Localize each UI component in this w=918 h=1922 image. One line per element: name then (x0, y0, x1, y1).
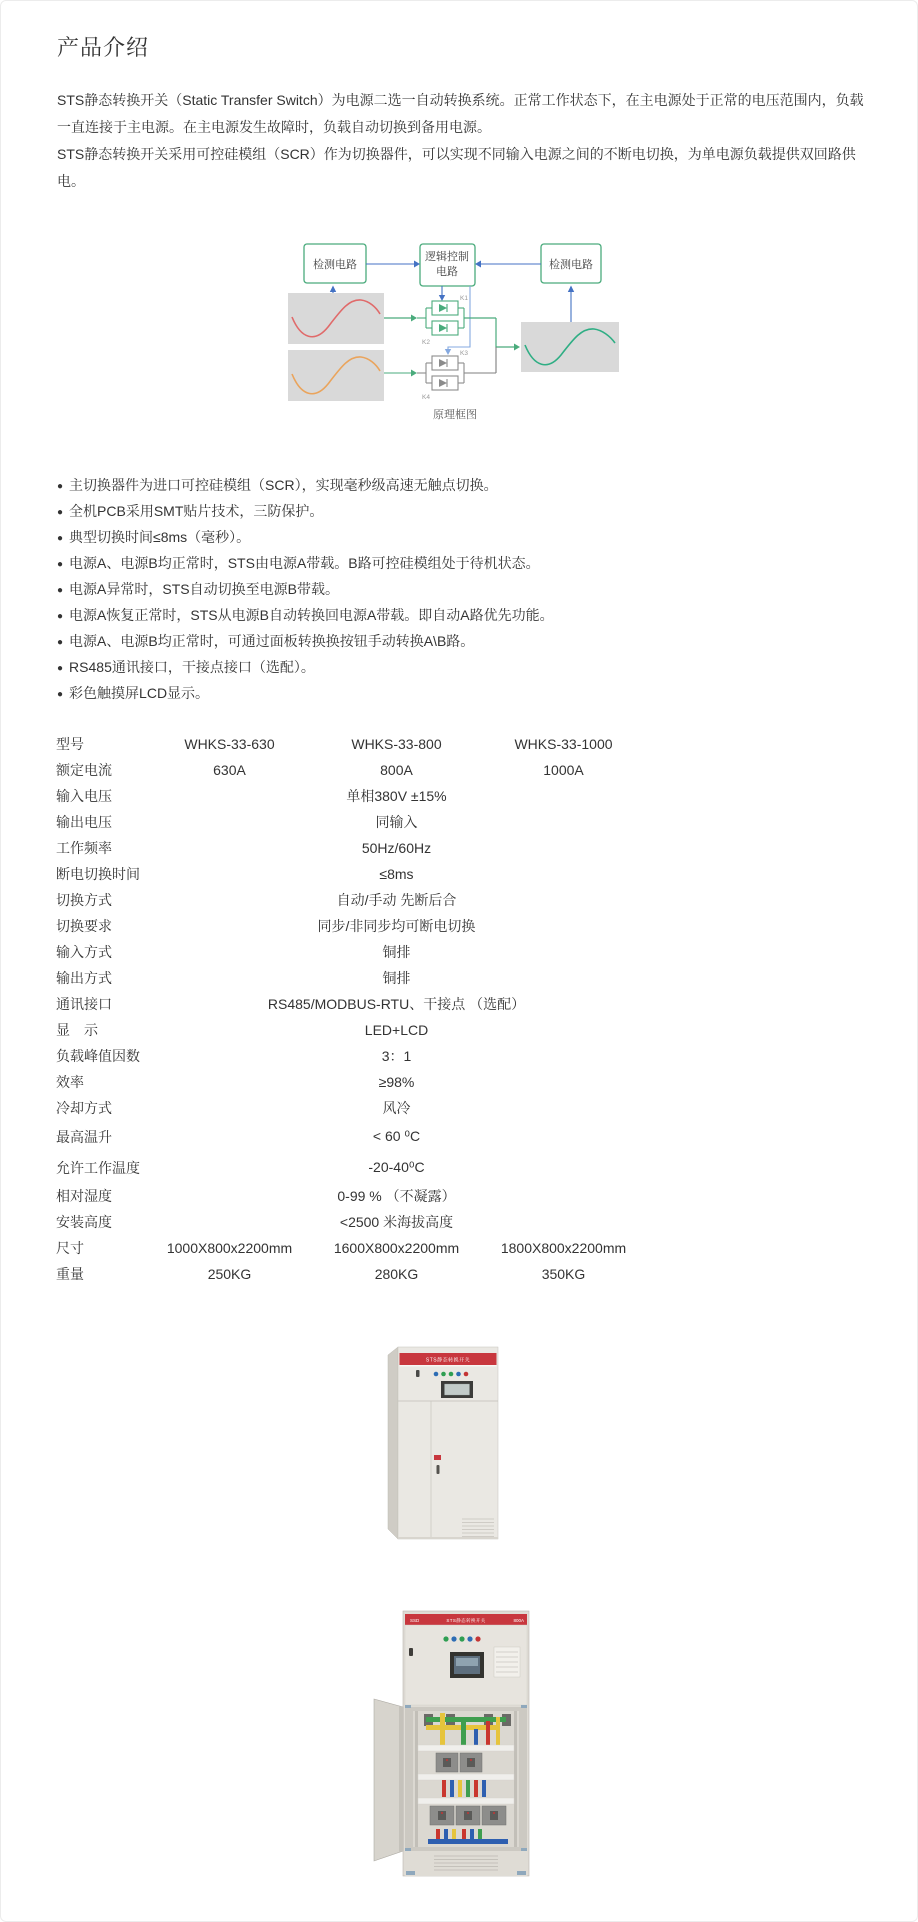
mounting-rail-left (415, 1711, 418, 1847)
spec-row: 工作频率50Hz/60Hz (56, 835, 647, 861)
banner-rating: 800A (513, 1618, 524, 1623)
logic-box-label-line2: 电路 (436, 264, 458, 278)
spec-value: WHKS-33-1000 (480, 731, 647, 757)
spec-label: 效率 (56, 1069, 146, 1095)
spec-row: 额定电流630A800A1000A (56, 757, 647, 783)
spec-row: 效率≥98% (56, 1069, 647, 1095)
spec-label: 通讯接口 (56, 991, 146, 1017)
intro-text: STS静态转换开关（Static Transfer Switch）为电源二选一自… (57, 87, 871, 195)
spec-label: 断电切换时间 (56, 861, 146, 887)
open-door (374, 1699, 403, 1861)
indicator-light (441, 1372, 446, 1377)
indicator-light (449, 1372, 454, 1377)
spec-row: 负载峰值因数3：1 (56, 1043, 647, 1069)
feature-item: RS485通讯接口，干接点接口（选配）。 (57, 655, 554, 681)
spec-value: 630A (146, 757, 313, 783)
scr-group-b (417, 356, 464, 390)
spec-value: RS485/MODBUS-RTU、干接点 （选配） (146, 991, 647, 1017)
diagram-caption: 原理框图 (433, 407, 477, 421)
spec-row: 最高温升< 60 ⁰C (56, 1121, 647, 1152)
white-busbar (418, 1798, 514, 1804)
white-busbar (418, 1745, 514, 1751)
detection-box-left: 检测电路 (304, 244, 366, 283)
spec-label: 允许工作温度 (56, 1152, 146, 1183)
door-lock (409, 1648, 413, 1656)
display-screen (445, 1384, 470, 1395)
spec-value: 250KG (146, 1261, 313, 1287)
warning-label (434, 1455, 441, 1460)
output-waveform (521, 322, 619, 372)
spec-label: 尺寸 (56, 1235, 146, 1261)
spec-value: 350KG (480, 1261, 647, 1287)
spec-value: WHKS-33-800 (313, 731, 480, 757)
spec-row: 输出方式铜排 (56, 965, 647, 991)
spec-label: 切换方式 (56, 887, 146, 913)
feature-item: 主切换器件为进口可控硅模组（SCR），实现毫秒级高速无触点切换。 (57, 473, 554, 499)
feature-list: 主切换器件为进口可控硅模组（SCR），实现毫秒级高速无触点切换。 全机PCB采用… (57, 473, 554, 707)
scr-label-k2: K2 (422, 339, 430, 346)
spec-label: 重量 (56, 1261, 146, 1287)
door-lock (416, 1370, 420, 1377)
scr-group-a (417, 301, 464, 335)
thyristor-icon (439, 359, 447, 387)
feature-item: 彩色触摸屏LCD显示。 (57, 681, 554, 707)
cabinet-banner-label: STS静态转换开关 (426, 1357, 470, 1364)
spec-label: 输入电压 (56, 783, 146, 809)
spec-value: 1000X800x2200mm (146, 1235, 313, 1261)
feature-item: 全机PCB采用SMT贴片技术，三防保护。 (57, 499, 554, 525)
spec-label: 输入方式 (56, 939, 146, 965)
spec-value: 3：1 (146, 1043, 647, 1069)
spec-row: 相对湿度0-99 % （不凝露） (56, 1183, 647, 1209)
spec-value: 50Hz/60Hz (146, 835, 647, 861)
spec-value: ≥98% (146, 1069, 647, 1095)
thyristor-icon (439, 304, 447, 332)
product-image-closed-cabinet: STS静态转换开关 (386, 1343, 511, 1550)
spec-value: 280KG (313, 1261, 480, 1287)
spec-row: 断电切换时间≤8ms (56, 861, 647, 887)
spec-label: 相对湿度 (56, 1183, 146, 1209)
spec-value: 1600X800x2200mm (313, 1235, 480, 1261)
indicator-light (459, 1636, 464, 1641)
feature-item: 电源A、电源B均正常时，STS由电源A带载。B路可控硅模组处于待机状态。 (57, 551, 554, 577)
spec-row: 输入方式铜排 (56, 939, 647, 965)
spec-row: 显 示LED+LCD (56, 1017, 647, 1043)
indicator-light (443, 1636, 448, 1641)
spec-table: 型号WHKS-33-630WHKS-33-800WHKS-33-1000 额定电… (56, 731, 647, 1287)
bottom-panel (405, 1851, 527, 1876)
scr-label-k3: K3 (460, 350, 468, 357)
spec-value: 风冷 (146, 1095, 647, 1121)
cabinet-side-panel (388, 1347, 398, 1539)
spec-row: 尺寸1000X800x2200mm1600X800x2200mm1800X800… (56, 1235, 647, 1261)
spec-label: 安装高度 (56, 1209, 146, 1235)
feature-item: 电源A恢复正常时，STS从电源B自动转换回电源A带载。即自动A路优先功能。 (57, 603, 554, 629)
spec-value: LED+LCD (146, 1017, 647, 1043)
spec-label: 额定电流 (56, 757, 146, 783)
detection-box-left-label: 检测电路 (313, 257, 357, 271)
spec-label: 输出电压 (56, 809, 146, 835)
spec-row: 切换要求同步/非同步均可断电切换 (56, 913, 647, 939)
open-door-edge (399, 1706, 403, 1852)
page-title: 产品介绍 (57, 31, 149, 62)
product-intro-page: 产品介绍 STS静态转换开关（Static Transfer Switch）为电… (0, 0, 918, 1922)
logic-control-box: 逻辑控制 电路 (420, 244, 475, 286)
spec-value: ≤8ms (146, 861, 647, 887)
spec-value: 0-99 % （不凝露） (146, 1183, 647, 1209)
spec-row: 通讯接口RS485/MODBUS-RTU、干接点 （选配） (56, 991, 647, 1017)
power-path-a (384, 318, 514, 347)
spec-row: 安装高度<2500 米海拔高度 (56, 1209, 647, 1235)
spec-value: -20-40⁰C (146, 1152, 647, 1183)
spec-row: 输出电压同输入 (56, 809, 647, 835)
spec-row: 重量250KG280KG350KG (56, 1261, 647, 1287)
spec-label: 工作频率 (56, 835, 146, 861)
spec-value: 1000A (480, 757, 647, 783)
spec-value: 自动/手动 先断后合 (146, 887, 647, 913)
spec-row: 切换方式自动/手动 先断后合 (56, 887, 647, 913)
indicator-light (456, 1372, 461, 1377)
spec-value: 单相380V ±15% (146, 783, 647, 809)
spec-row: 输入电压单相380V ±15% (56, 783, 647, 809)
feature-item: 电源A、电源B均正常时，可通过面板转换换按钮手动转换A\B路。 (57, 629, 554, 655)
spec-value: 800A (313, 757, 480, 783)
source-a-waveform (288, 293, 384, 344)
banner-trim (400, 1365, 497, 1367)
detection-box-right-label: 检测电路 (549, 257, 593, 271)
indicator-light (464, 1372, 469, 1377)
spec-label: 输出方式 (56, 965, 146, 991)
feature-item: 典型切换时间≤8ms（毫秒）。 (57, 525, 554, 551)
spec-label: 冷却方式 (56, 1095, 146, 1121)
scr-label-k4: K4 (422, 394, 430, 401)
scr-label-k1: K1 (460, 295, 468, 302)
display-screen-glow (456, 1658, 478, 1666)
spec-value: 铜排 (146, 965, 647, 991)
breaker-row-2 (430, 1806, 506, 1825)
spec-value: WHKS-33-630 (146, 731, 313, 757)
feature-item: 电源A异常时，STS自动切换至电源B带载。 (57, 577, 554, 603)
spec-value: 同步/非同步均可断电切换 (146, 913, 647, 939)
white-busbar (418, 1774, 514, 1780)
spec-label: 显 示 (56, 1017, 146, 1043)
cabinet-front-panel (398, 1347, 498, 1539)
spec-row: 冷却方式风冷 (56, 1095, 647, 1121)
source-b-waveform (288, 350, 384, 401)
spec-value: <2500 米海拔高度 (146, 1209, 647, 1235)
spec-value: 铜排 (146, 939, 647, 965)
cabinet-base (398, 1537, 498, 1539)
spec-row: 型号WHKS-33-630WHKS-33-800WHKS-33-1000 (56, 731, 647, 757)
indicator-light (467, 1636, 472, 1641)
product-image-open-cabinet: SSD STS静态转换开关 800A (366, 1599, 541, 1894)
indicator-light (451, 1636, 456, 1641)
spec-row: 允许工作温度-20-40⁰C (56, 1152, 647, 1183)
spec-label: 切换要求 (56, 913, 146, 939)
mounting-rail-right (514, 1711, 517, 1847)
indicator-light (475, 1636, 480, 1641)
spec-plate (494, 1647, 520, 1677)
principle-diagram: 检测电路 逻辑控制 电路 检测电路 (229, 197, 634, 434)
intro-paragraph-2: STS静态转换开关采用可控硅模组（SCR）作为切换器件，可以实现不同输入电源之间… (57, 141, 871, 195)
door-handle (437, 1465, 440, 1474)
detection-box-right: 检测电路 (541, 244, 601, 283)
spec-label: 负载峰值因数 (56, 1043, 146, 1069)
spec-label: 最高温升 (56, 1121, 146, 1152)
indicator-light (434, 1372, 439, 1377)
banner-title: STS静态转换开关 (446, 1617, 485, 1624)
banner-brand: SSD (410, 1618, 420, 1623)
logic-box-label-line1: 逻辑控制 (425, 249, 469, 263)
spec-label: 型号 (56, 731, 146, 757)
spec-value: < 60 ⁰C (146, 1121, 647, 1152)
spec-value: 同输入 (146, 809, 647, 835)
spec-value: 1800X800x2200mm (480, 1235, 647, 1261)
intro-paragraph-1: STS静态转换开关（Static Transfer Switch）为电源二选一自… (57, 87, 871, 141)
